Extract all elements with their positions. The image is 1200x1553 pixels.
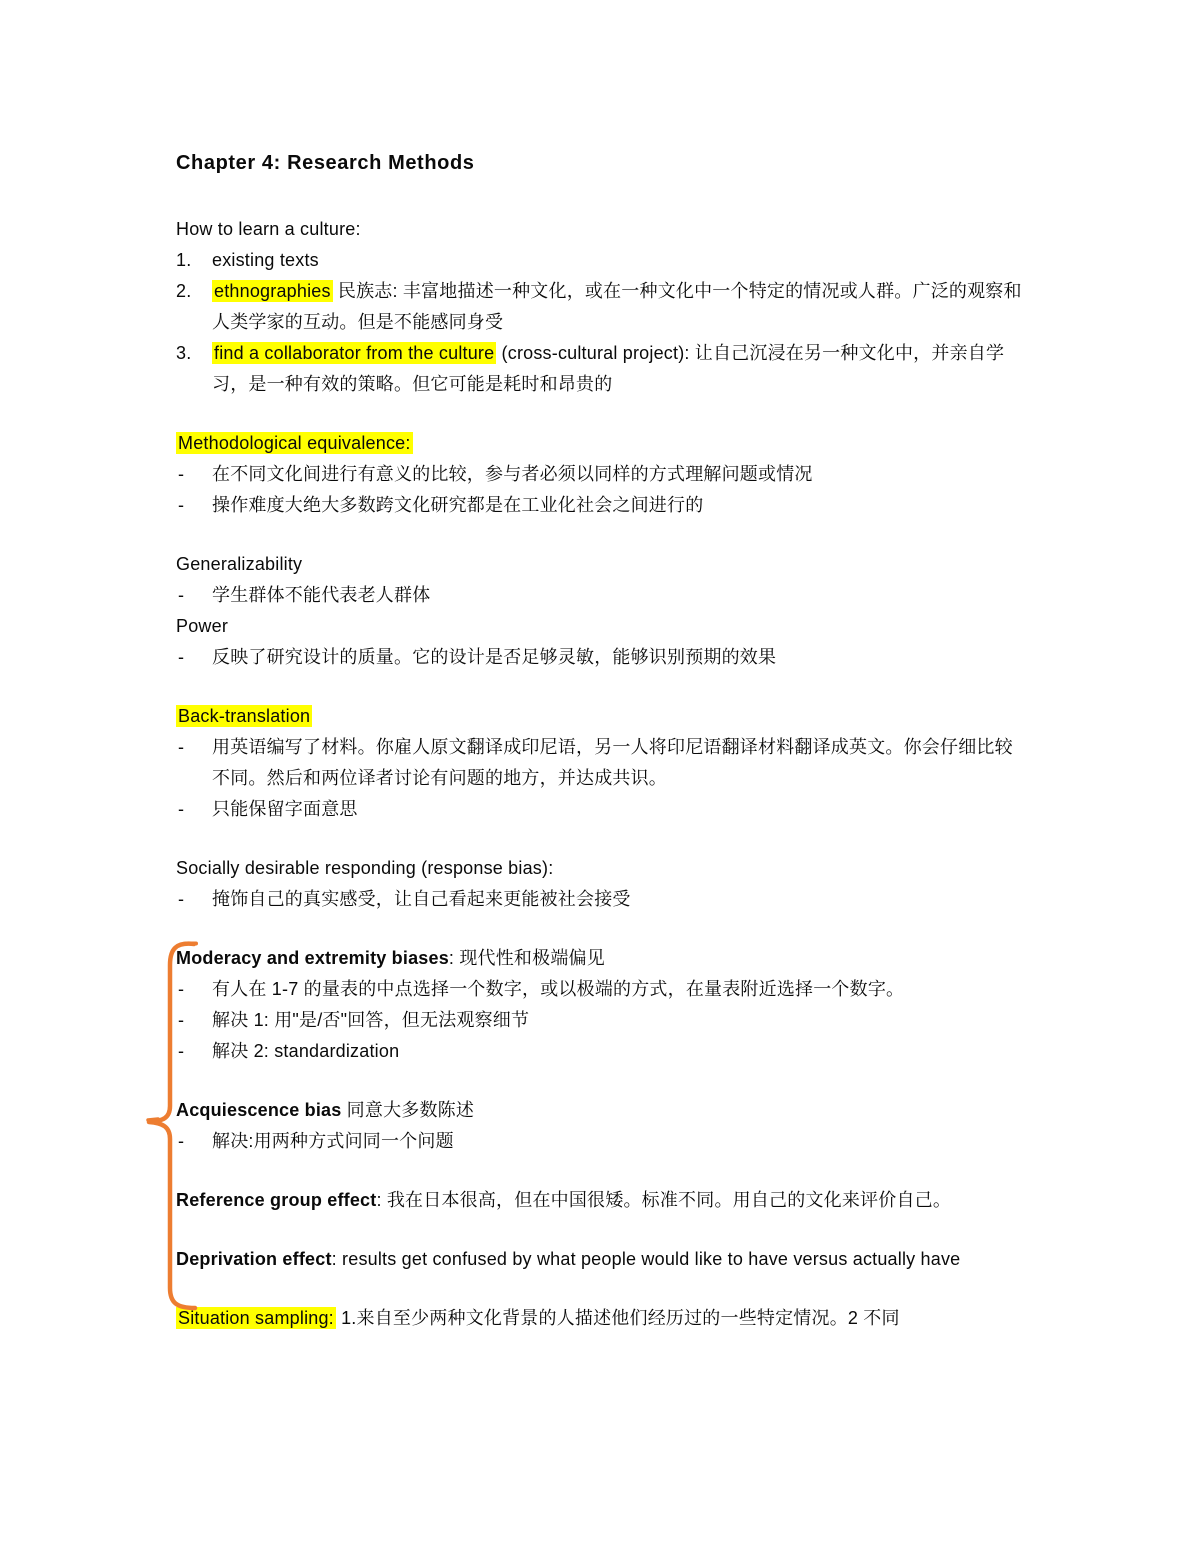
list-item-text: existing texts <box>212 250 319 270</box>
paragraph: Deprivation effect: results get confused… <box>176 1244 1022 1275</box>
bullet-list: 在不同文化间进行有意义的比较，参与者必须以同样的方式理解问题或情况 操作难度大绝… <box>176 459 1022 521</box>
how-to-learn-list: existing texts ethnographies 民族志: 丰富地描述一… <box>176 245 1022 400</box>
list-item: existing texts <box>176 245 1022 276</box>
bullet-item: 解决:用两种方式问同一个问题 <box>176 1126 1022 1157</box>
bullet-item: 操作难度大绝大多数跨文化研究都是在工业化社会之间进行的 <box>176 490 1022 521</box>
list-item-text: 民族志: 丰富地描述一种文化，或在一种文化中一个特定的情况或人群。广泛的观察和人… <box>212 281 1022 332</box>
bullet-list: 有人在 1-7 的量表的中点选择一个数字，或以极端的方式，在量表附近选择一个数字… <box>176 974 1022 1067</box>
section-methodological-equivalence: Methodological equivalence: 在不同文化间进行有意义的… <box>176 428 1022 521</box>
bullet-item: 只能保留字面意思 <box>176 794 1022 825</box>
section-reference-group-effect: Reference group effect: 我在日本很高，但在中国很矮。标准… <box>176 1185 1022 1216</box>
heading-rest: : 现代性和极端偏见 <box>449 948 605 968</box>
paragraph-rest: 1.来自至少两种文化背景的人描述他们经历过的一些特定情况。2 不同 <box>336 1308 900 1328</box>
highlighted-heading: Back-translation <box>176 705 312 727</box>
section-heading: Power <box>176 611 1022 642</box>
section-heading: Socially desirable responding (response … <box>176 853 1022 884</box>
bullet-item: 解决 2: standardization <box>176 1036 1022 1067</box>
bullet-item: 有人在 1-7 的量表的中点选择一个数字，或以极端的方式，在量表附近选择一个数字… <box>176 974 1022 1005</box>
section-heading: Acquiescence bias 同意大多数陈述 <box>176 1095 1022 1126</box>
highlighted-heading: Methodological equivalence: <box>176 432 413 454</box>
section-deprivation-effect: Deprivation effect: results get confused… <box>176 1244 1022 1275</box>
section-heading: Back-translation <box>176 701 1022 732</box>
bullet-item: 掩饰自己的真实感受，让自己看起来更能被社会接受 <box>176 884 1022 915</box>
heading-rest: 同意大多数陈述 <box>341 1100 474 1120</box>
paragraph: Reference group effect: 我在日本很高，但在中国很矮。标准… <box>176 1185 1022 1216</box>
notes-page: Chapter 4: Research Methods How to learn… <box>0 0 1200 1334</box>
bullet-list: 学生群体不能代表老人群体 <box>176 580 1022 611</box>
bold-term: Moderacy and extremity biases <box>176 948 449 968</box>
bold-term: Reference group effect <box>176 1190 376 1210</box>
highlighted-term: Situation sampling: <box>176 1307 336 1329</box>
section-heading: Generalizability <box>176 549 1022 580</box>
list-item: ethnographies 民族志: 丰富地描述一种文化，或在一种文化中一个特定… <box>176 276 1022 338</box>
bullet-list: 反映了研究设计的质量。它的设计是否足够灵敏，能够识别预期的效果 <box>176 642 1022 673</box>
section-heading: Methodological equivalence: <box>176 428 1022 459</box>
highlighted-term: ethnographies <box>212 280 333 302</box>
paragraph-rest: : 我在日本很高，但在中国很矮。标准不同。用自己的文化来评价自己。 <box>376 1190 951 1210</box>
bullet-list: 解决:用两种方式问同一个问题 <box>176 1126 1022 1157</box>
bullet-item: 用英语编写了材料。你雇人原文翻译成印尼语，另一人将印尼语翻译材料翻译成英文。你会… <box>176 732 1022 794</box>
paragraph: Situation sampling: 1.来自至少两种文化背景的人描述他们经历… <box>176 1303 1022 1334</box>
section-situation-sampling: Situation sampling: 1.来自至少两种文化背景的人描述他们经历… <box>176 1303 1022 1334</box>
section-socially-desirable: Socially desirable responding (response … <box>176 853 1022 915</box>
section-heading: Moderacy and extremity biases: 现代性和极端偏见 <box>176 943 1022 974</box>
bullet-item: 学生群体不能代表老人群体 <box>176 580 1022 611</box>
bullet-item: 反映了研究设计的质量。它的设计是否足够灵敏，能够识别预期的效果 <box>176 642 1022 673</box>
paragraph-rest: : results get confused by what people wo… <box>332 1249 961 1269</box>
bold-term: Deprivation effect <box>176 1249 332 1269</box>
bold-term: Acquiescence bias <box>176 1100 341 1120</box>
section-acquiescence-bias: Acquiescence bias 同意大多数陈述 解决:用两种方式问同一个问题 <box>176 1095 1022 1157</box>
how-to-learn-heading: How to learn a culture: <box>176 214 1022 245</box>
bullet-list: 掩饰自己的真实感受，让自己看起来更能被社会接受 <box>176 884 1022 915</box>
highlighted-term: find a collaborator from the culture <box>212 342 496 364</box>
page-title: Chapter 4: Research Methods <box>176 150 1022 176</box>
list-item: find a collaborator from the culture (cr… <box>176 338 1022 400</box>
bullet-item: 在不同文化间进行有意义的比较，参与者必须以同样的方式理解问题或情况 <box>176 459 1022 490</box>
section-generalizability-power: Generalizability 学生群体不能代表老人群体 Power 反映了研… <box>176 549 1022 673</box>
section-moderacy-extremity: Moderacy and extremity biases: 现代性和极端偏见 … <box>176 943 1022 1067</box>
bullet-item: 解决 1: 用"是/否"回答，但无法观察细节 <box>176 1005 1022 1036</box>
section-back-translation: Back-translation 用英语编写了材料。你雇人原文翻译成印尼语，另一… <box>176 701 1022 825</box>
bullet-list: 用英语编写了材料。你雇人原文翻译成印尼语，另一人将印尼语翻译材料翻译成英文。你会… <box>176 732 1022 825</box>
